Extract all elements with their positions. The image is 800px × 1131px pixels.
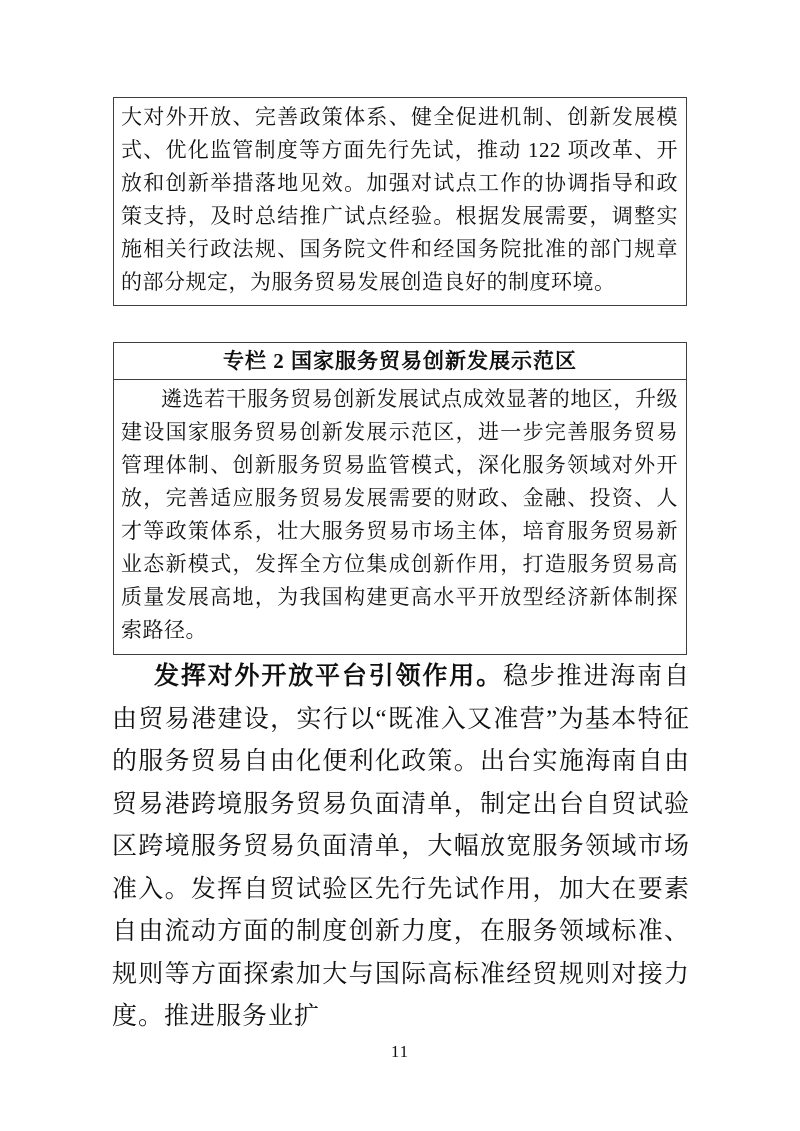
column-callout-title: 专栏 2 国家服务贸易创新发展示范区 xyxy=(114,343,686,380)
callout-box-continuation-text: 大对外开放、完善政策体系、健全促进机制、创新发展模式、优化监管制度等方面先行先试… xyxy=(121,101,678,299)
callout-box-continuation: 大对外开放、完善政策体系、健全促进机制、创新发展模式、优化监管制度等方面先行先试… xyxy=(113,97,687,306)
column-callout-box: 专栏 2 国家服务贸易创新发展示范区 遴选若干服务贸易创新发展试点成效显著的地区… xyxy=(113,342,687,655)
document-page: 大对外开放、完善政策体系、健全促进机制、创新发展模式、优化监管制度等方面先行先试… xyxy=(0,0,800,1131)
column-callout-body: 遴选若干服务贸易创新发展试点成效显著的地区，升级建设国家服务贸易创新发展示范区，… xyxy=(114,380,686,654)
body-paragraph-lead: 发挥对外开放平台引领作用。 xyxy=(154,663,503,690)
page-number: 11 xyxy=(0,1042,800,1062)
body-paragraph-text: 稳步推进海南自由贸易港建设，实行以“既准入又准营”为基本特征的服务贸易自由化便利… xyxy=(112,663,690,1030)
body-paragraph: 发挥对外开放平台引领作用。稳步推进海南自由贸易港建设，实行以“既准入又准营”为基… xyxy=(112,656,690,1039)
